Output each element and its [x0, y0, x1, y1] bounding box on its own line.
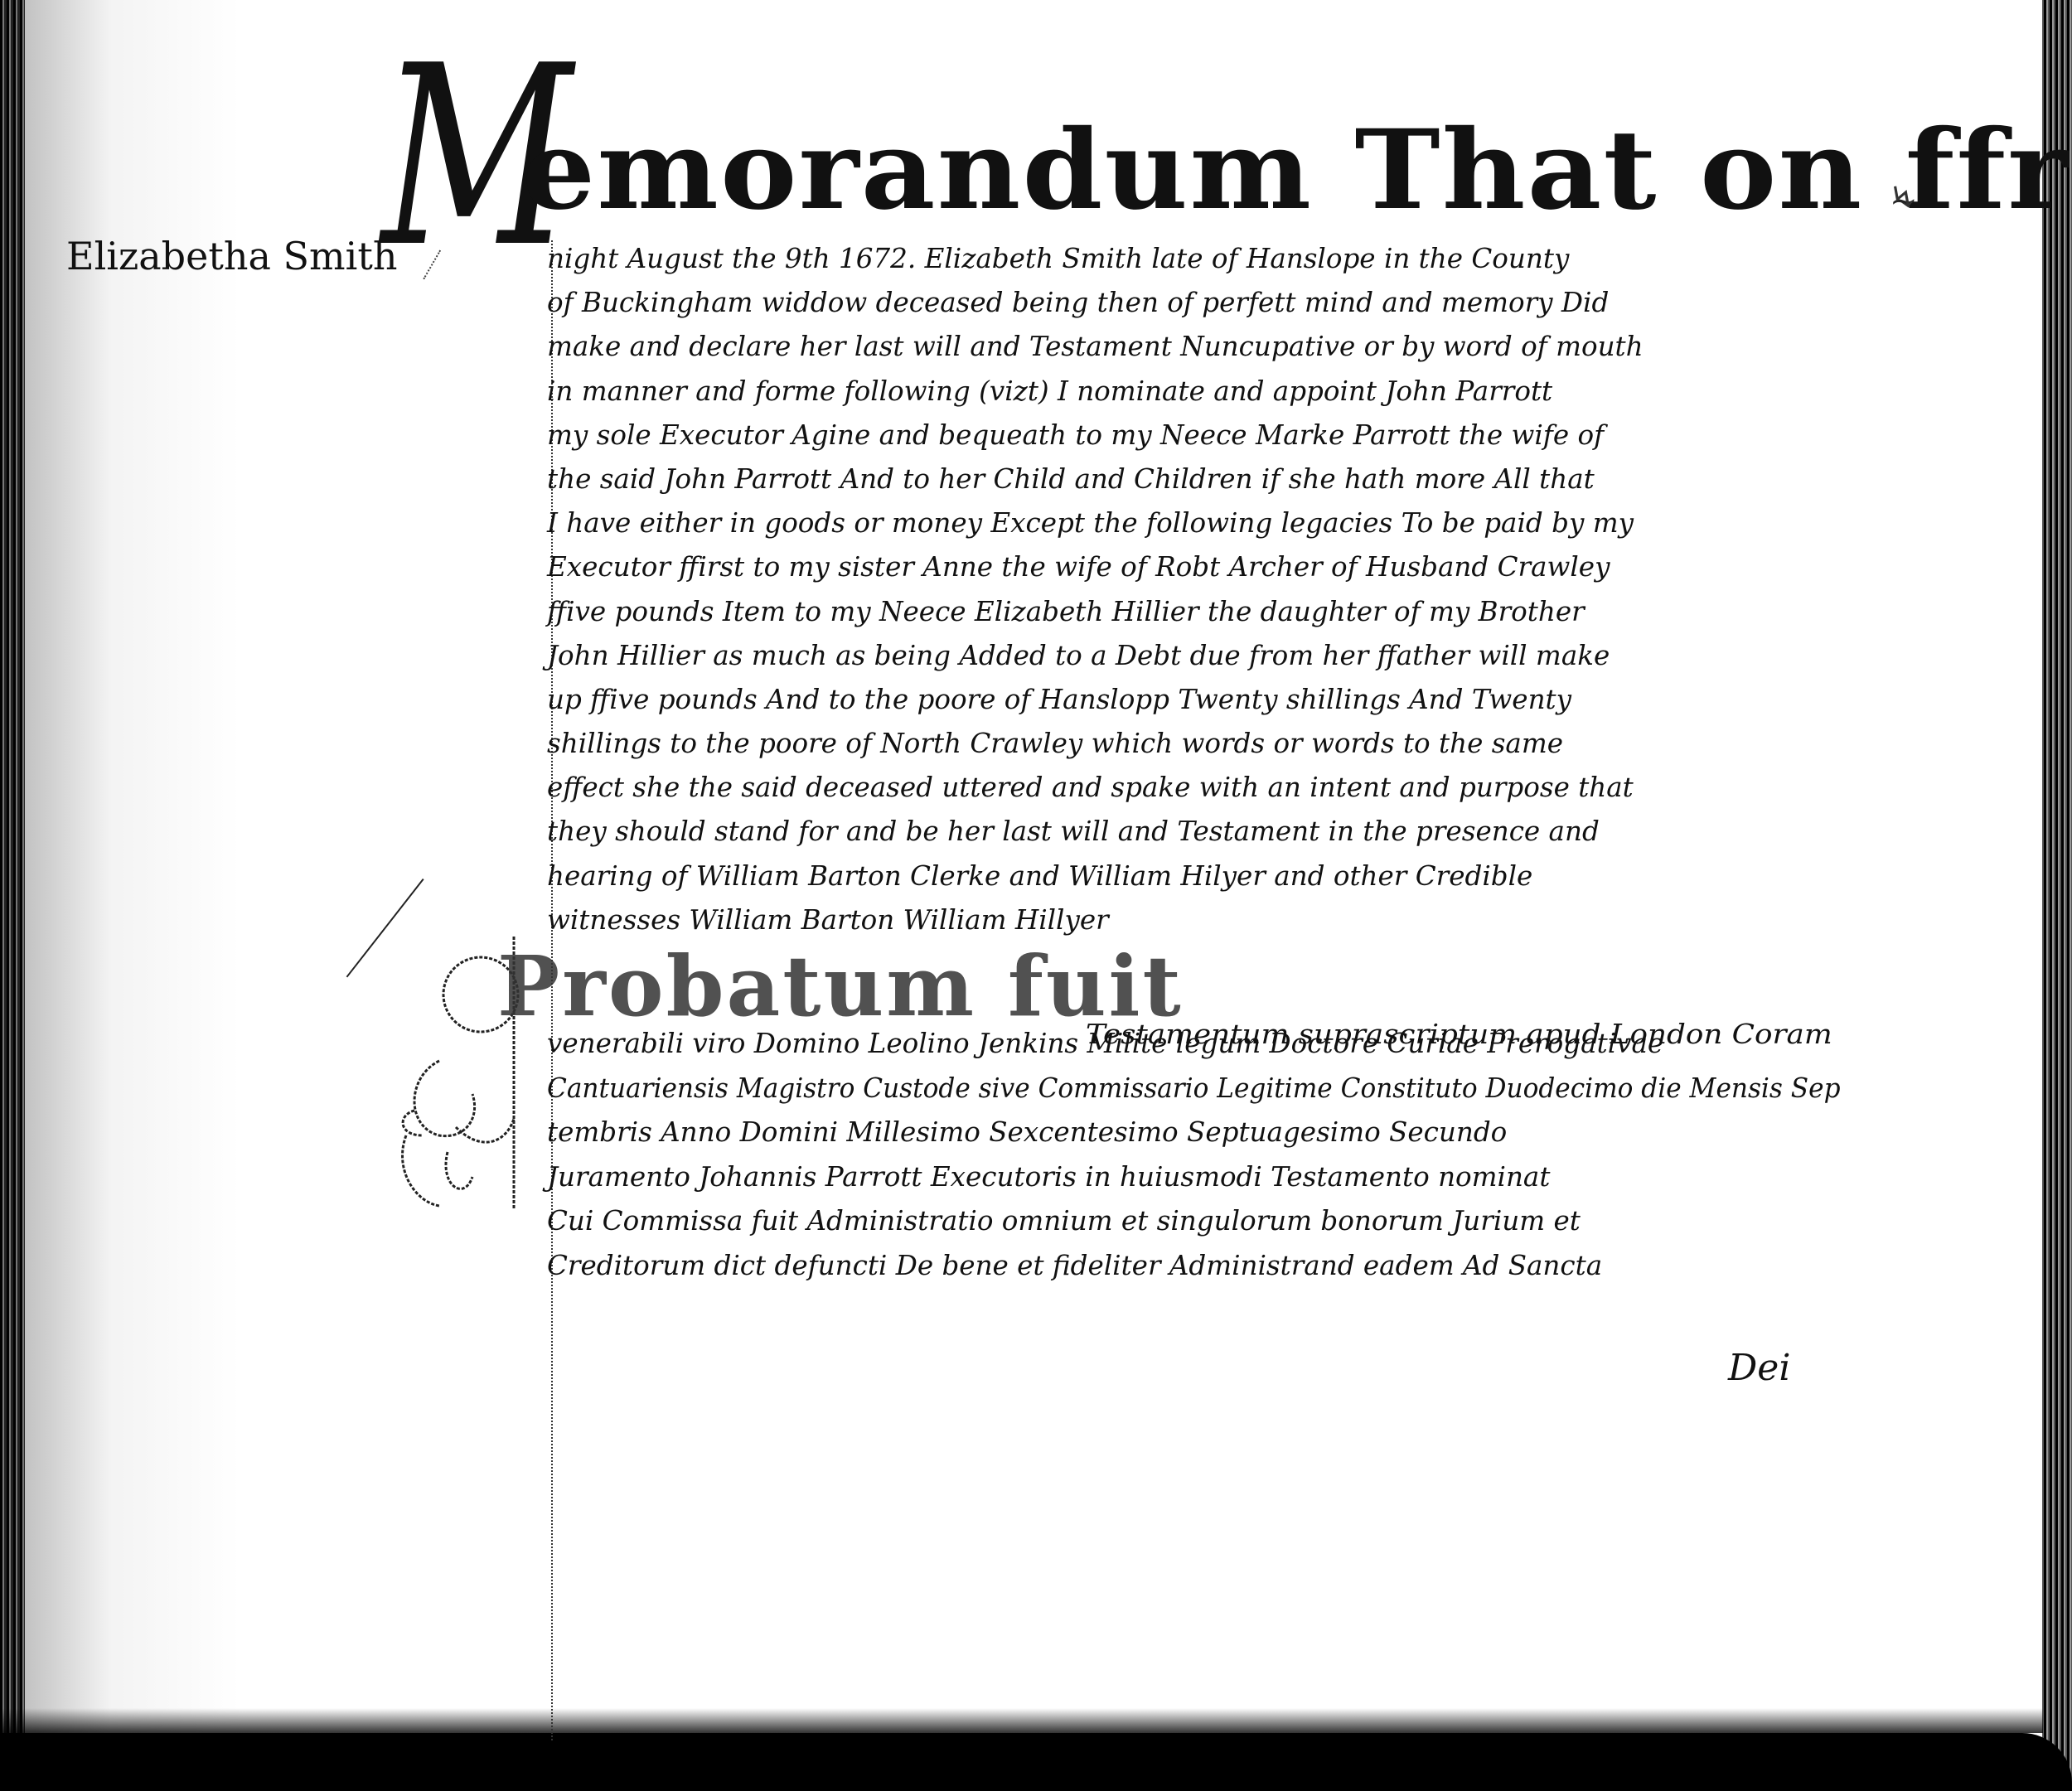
text-line: effect she the said deceased uttered and… [547, 765, 1823, 809]
text-line: up ffive pounds And to the poore of Hans… [547, 677, 1823, 721]
text-line: in manner and forme following (vizt) I n… [547, 369, 1823, 413]
text-line: John Hillier as much as being Added to a… [547, 633, 1823, 677]
probatum-heading: Probatum fuit [497, 945, 1184, 1028]
text-line: night August the 9th 1672. Elizabeth Smi… [547, 236, 1823, 280]
text-line: the said John Parrott And to her Child a… [547, 457, 1823, 501]
manuscript-page: M emorandum That on ffriday ~ ↯ Elizabet… [0, 0, 2072, 1791]
text-line: of Buckingham widdow deceased being then… [547, 280, 1823, 324]
bottom-page-edge [0, 1733, 2072, 1791]
text-line: make and declare her last will and Testa… [547, 324, 1823, 368]
probate-line: Cantuariensis Magistro Custode sive Comm… [547, 1066, 1784, 1111]
right-page-edge [2042, 0, 2072, 1791]
memorandum-heading: M emorandum That on ffriday ~ [381, 33, 1956, 240]
bottom-edge-shadow [0, 1708, 2043, 1733]
marginal-testator-name: Elizabetha Smith [66, 234, 397, 278]
text-line: hearing of William Barton Clerke and Wil… [547, 854, 1823, 898]
probate-line: Cui Commissa fuit Administratio omnium e… [547, 1198, 1839, 1243]
probate-line: tembris Anno Domini Millesimo Sexcentesi… [547, 1110, 1839, 1154]
probate-clause: venerabili viro Domino Leolino Jenkins M… [547, 1021, 1857, 1287]
left-binding-edge [0, 0, 25, 1791]
catchword: Dei [1728, 1347, 1790, 1389]
text-line: shillings to the poore of North Crawley … [547, 721, 1823, 765]
text-line: I have either in goods or money Except t… [547, 501, 1823, 545]
heading-text: emorandum That on ffriday [522, 116, 2072, 225]
text-line: my sole Executor Agine and bequeath to m… [547, 413, 1823, 457]
text-line: ffive pounds Item to my Neece Elizabeth … [547, 589, 1823, 633]
text-line: Executor ffirst to my sister Anne the wi… [547, 545, 1823, 588]
will-text-body: night August the 9th 1672. Elizabeth Smi… [547, 236, 1840, 941]
probate-line: Juramento Johannis Parrott Executoris in… [547, 1154, 1839, 1199]
probate-line: Creditorum dict defuncti De bene et fide… [547, 1243, 1839, 1288]
text-line: they should stand for and be her last wi… [547, 809, 1823, 853]
text-line: witnesses William Barton William Hillyer [547, 898, 1823, 941]
probate-line: venerabili viro Domino Leolino Jenkins M… [547, 1021, 1839, 1066]
